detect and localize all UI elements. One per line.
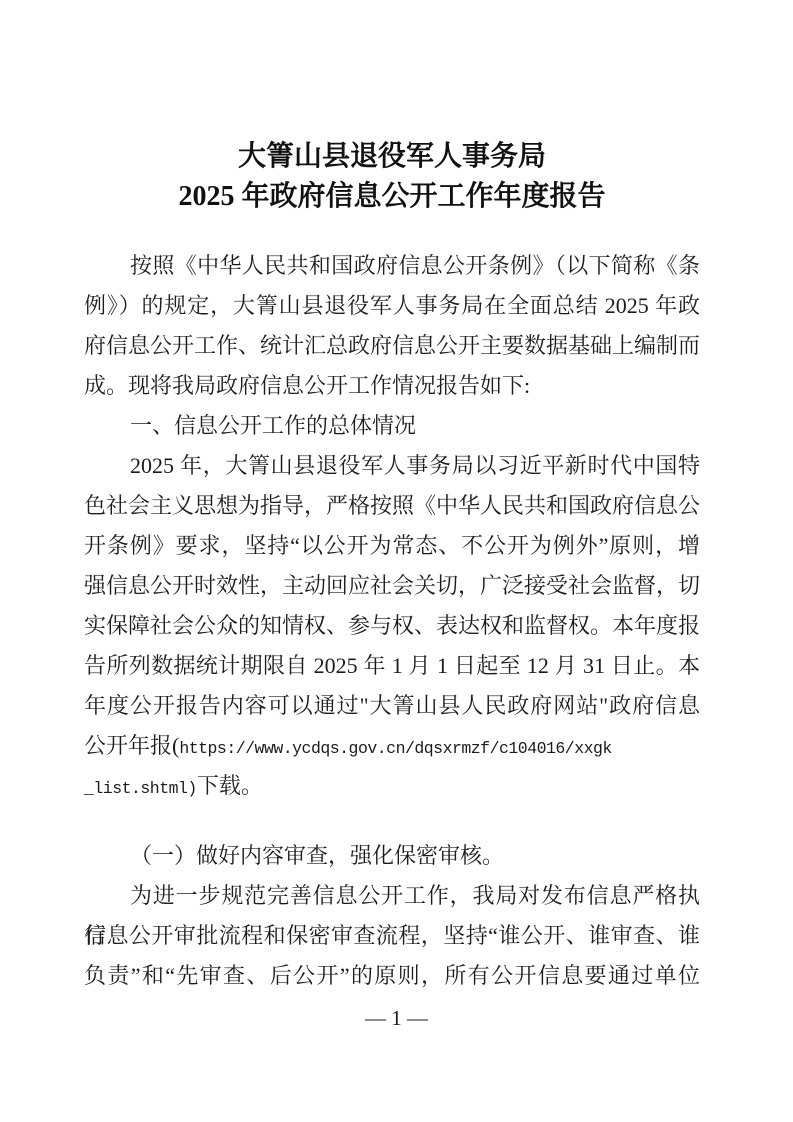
document-page: 大箐山县退役军人事务局 2025 年政府信息公开工作年度报告 按照《中华人民共和… (0, 0, 793, 1122)
url-text: https://www.ycdqs.gov.cn/dqsxrmzf/c10401… (179, 739, 611, 758)
document-line: 府信息公开工作、统计汇总政府信息公开主要数据基础上编制而 (84, 326, 700, 366)
page-number: — 1 — (0, 1004, 793, 1032)
document-line: 告所列数据统计期限自 2025 年 1 月 1 日起至 12 月 31 日止。本 (84, 646, 700, 686)
document-line: 年度公开报告内容可以通过"大箐山县人民政府网站"政府信息 (84, 686, 700, 726)
document-line: 公开年报(https://www.ycdqs.gov.cn/dqsxrmzf/c… (84, 726, 700, 766)
document-title: 大箐山县退役军人事务局 2025 年政府信息公开工作年度报告 (84, 137, 700, 217)
document-line: 色社会主义思想为指导，严格按照《中华人民共和国政府信息公 (84, 486, 700, 526)
document-line: 按照《中华人民共和国政府信息公开条例》（以下简称《条 (84, 246, 700, 286)
document-line: 负责”和“先审查、后公开”的原则，所有公开信息要通过单位 (84, 956, 700, 996)
document-line: 信息公开审批流程和保密审查流程，坚持“谁公开、谁审查、谁 (84, 916, 700, 956)
document-line: 例》）的规定，大箐山县退役军人事务局在全面总结 2025 年政 (84, 286, 700, 326)
document-line: 2025 年，大箐山县退役军人事务局以习近平新时代中国特 (84, 446, 700, 486)
document-line: _list.shtml)下载。 (84, 766, 700, 806)
document-body: 按照《中华人民共和国政府信息公开条例》（以下简称《条例》）的规定，大箐山县退役军… (84, 246, 700, 996)
document-line: 为进一步规范完善信息公开工作，我局对发布信息严格执行 (84, 876, 700, 916)
url-text: _list.shtml) (84, 779, 197, 798)
text-segment: 公开年报( (84, 733, 179, 758)
document-line: 成。现将我局政府信息公开工作情况报告如下: (84, 366, 700, 406)
title-line-2: 2025 年政府信息公开工作年度报告 (84, 177, 700, 217)
document-line: 实保障社会公众的知情权、参与权、表达权和监督权。本年度报 (84, 606, 700, 646)
text-segment: 下载。 (197, 773, 263, 798)
title-line-1: 大箐山县退役军人事务局 (84, 137, 700, 177)
blank-line (84, 806, 700, 836)
document-line: （一）做好内容审查，强化保密审核。 (84, 836, 700, 876)
document-line: 强信息公开时效性，主动回应社会关切，广泛接受社会监督，切 (84, 566, 700, 606)
document-line: 一、信息公开工作的总体情况 (84, 406, 700, 446)
document-line: 开条例》要求，坚持“以公开为常态、不公开为例外”原则，增 (84, 526, 700, 566)
